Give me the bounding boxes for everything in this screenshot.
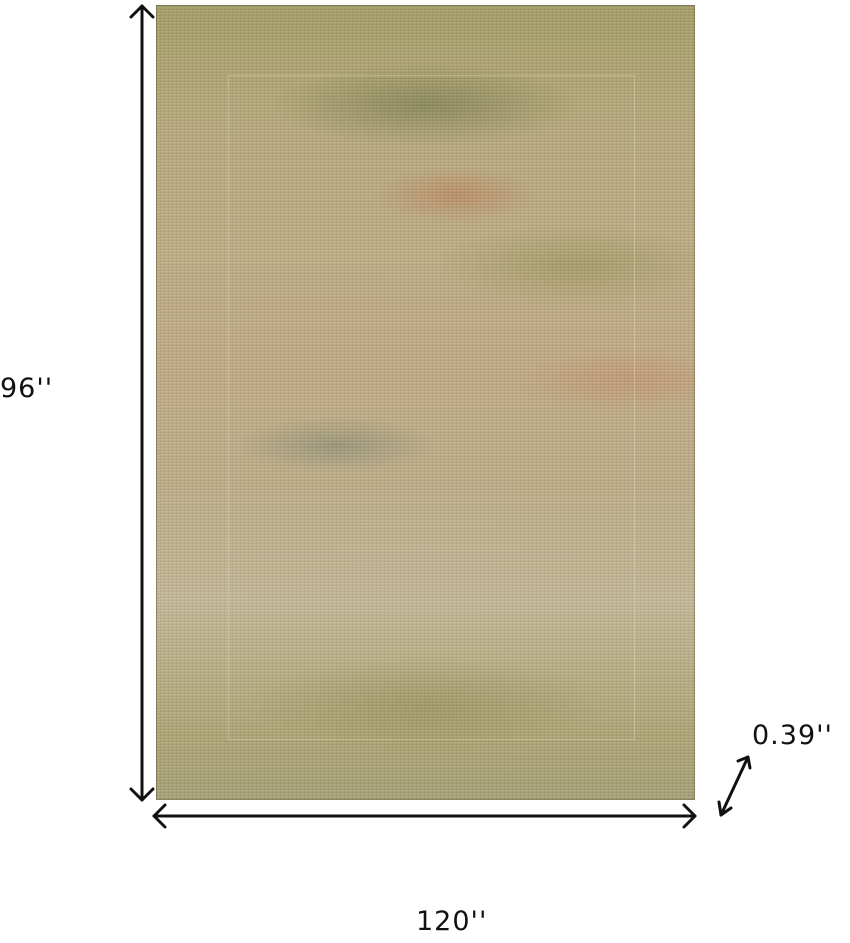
height-label: 96'' [0, 373, 53, 404]
height-arrow-icon [131, 6, 153, 800]
width-arrow-icon [154, 805, 695, 827]
width-label: 120'' [416, 906, 487, 937]
thickness-label: 0.39'' [752, 720, 833, 751]
thickness-arrow-icon [719, 757, 750, 815]
dimension-arrows [0, 0, 850, 943]
